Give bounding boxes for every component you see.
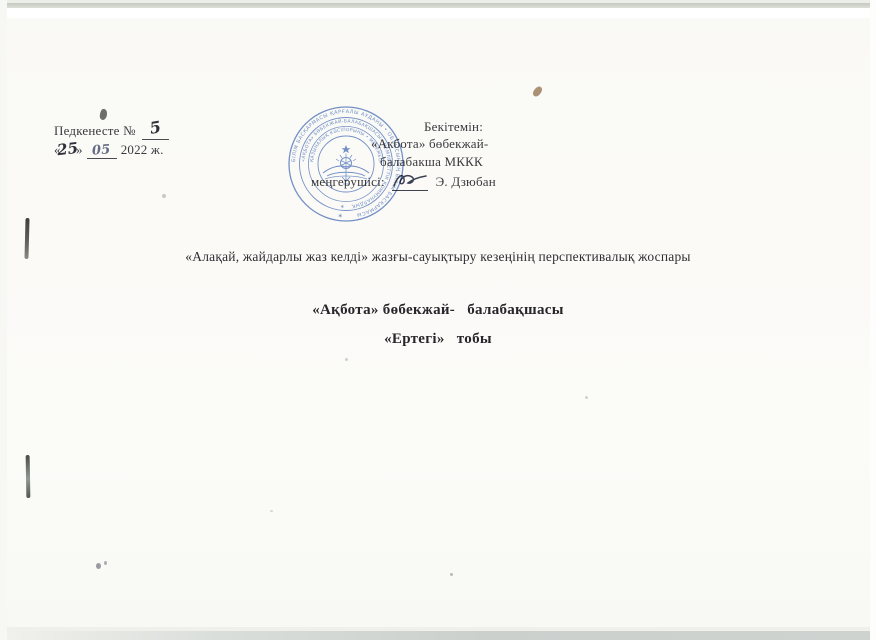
date-year: 2022 ж. <box>121 142 164 157</box>
protocol-number-handwritten: 5 <box>148 117 162 138</box>
protocol-date-line: «25»052022 ж. <box>54 140 164 159</box>
stamp-star-separator: ✶ <box>340 204 345 211</box>
doc-title: «Алақай, жайдарлы жаз келді» жазғы-сауық… <box>0 249 876 265</box>
scan-speck <box>96 563 101 569</box>
protocol-number-underline: 5 <box>142 120 169 140</box>
group-name: «Ертегі» тобы <box>0 331 876 348</box>
approval-line-1: Бекітемін: <box>424 119 483 135</box>
scan-speck <box>531 85 543 98</box>
scan-speck <box>345 358 348 361</box>
binding-mark <box>26 455 31 498</box>
approver-name: Э. Дзюбан <box>436 174 496 189</box>
kindergarten-name: «Ақбота» бөбекжай- балабақшасы <box>0 302 876 319</box>
scan-edge-top-glow <box>0 8 876 18</box>
kazakhstan-emblem-icon <box>323 145 369 184</box>
date-day-handwritten: 25 <box>56 139 79 159</box>
scan-speck <box>99 108 108 120</box>
scan-speck <box>270 510 273 512</box>
scan-edge-left <box>0 0 7 640</box>
scanned-document-page: Педкенесте № 5 «25»052022 ж. Бекітемін: … <box>0 0 876 640</box>
scan-speck <box>162 194 166 198</box>
official-stamp-icon: БІЛІМ БАСҚАРМАСЫ ҚАРҒАЛЫ АУДАНЫ • ОБЛЫСЫ… <box>286 104 406 224</box>
date-month-handwritten: 05 <box>92 142 112 158</box>
scan-speck <box>104 561 107 565</box>
stamp-star-separator: ✶ <box>338 212 343 220</box>
scan-speck <box>585 396 588 399</box>
scan-speck <box>450 573 453 576</box>
emblem-star-icon <box>342 145 351 153</box>
protocol-line: Педкенесте № 5 <box>54 120 169 140</box>
protocol-label: Педкенесте № <box>54 123 136 138</box>
scan-edge-right <box>870 0 876 640</box>
date-month-underline: 05 <box>87 142 117 159</box>
scan-edge-bottom <box>0 631 876 640</box>
